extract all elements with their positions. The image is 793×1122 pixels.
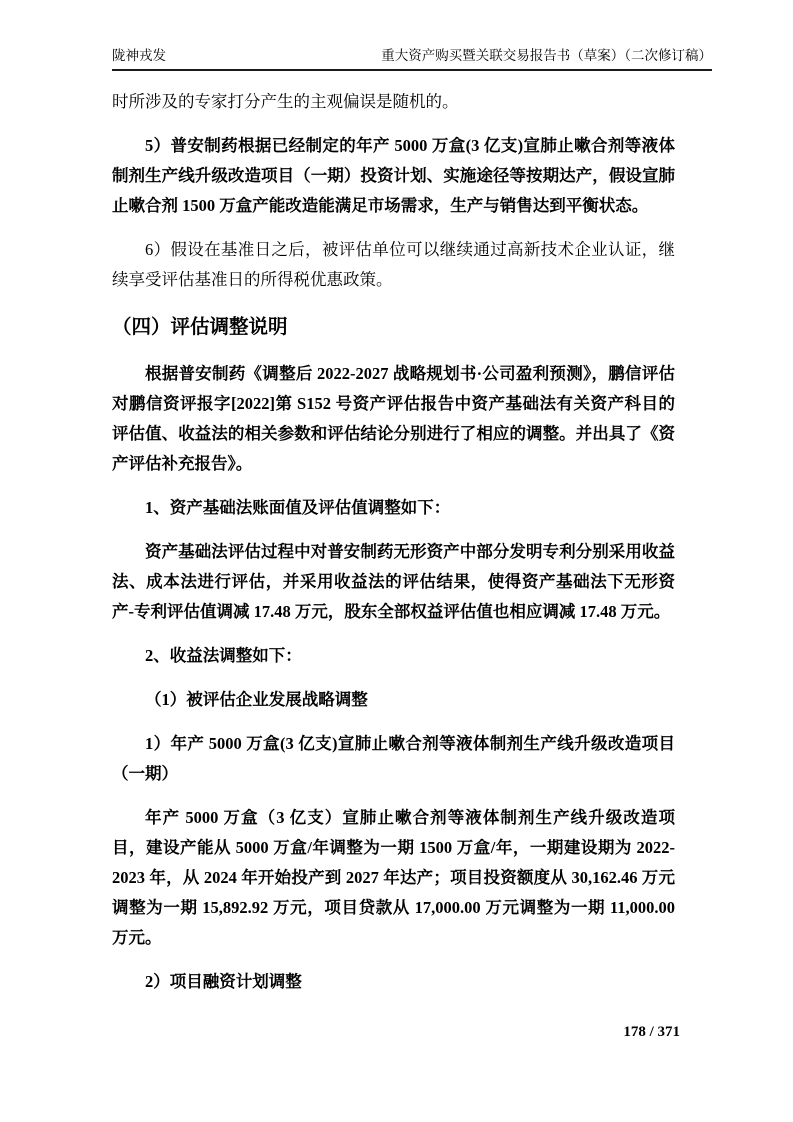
- heading-project-item: 1）年产 5000 万盒(3 亿支)宣肺止嗽合剂等液体制剂生产线升级改造项目（一…: [112, 729, 675, 789]
- header-company-name: 陇神戎发: [112, 46, 166, 66]
- document-page: 陇神戎发 重大资产购买暨关联交易报告书（草案）（二次修订稿） 时所涉及的专家打分…: [0, 0, 793, 1122]
- paragraph-assumption-6: 6）假设在基准日之后，被评估单位可以继续通过高新技术企业认证，继续享受评估基准日…: [112, 235, 675, 295]
- paragraph-continuation: 时所涉及的专家打分产生的主观偏误是随机的。: [112, 87, 675, 117]
- heading-financing-plan: 2）项目融资计划调整: [112, 967, 675, 997]
- heading-income-method: 2、收益法调整如下：: [112, 641, 675, 671]
- heading-strategy-adjustment: （1）被评估企业发展战略调整: [112, 685, 675, 715]
- paragraph-adjustment-intro: 根据普安制药《调整后 2022-2027 战略规划书·公司盈利预测》，鹏信评估对…: [112, 359, 675, 479]
- section-heading-evaluation-adjustment: （四）评估调整说明: [112, 311, 675, 345]
- header-report-title: 重大资产购买暨关联交易报告书（草案）（二次修订稿）: [381, 46, 712, 66]
- paragraph-project-detail: 年产 5000 万盒（3 亿支）宣肺止嗽合剂等液体制剂生产线升级改造项目，建设产…: [112, 803, 675, 953]
- document-body: 时所涉及的专家打分产生的主观偏误是随机的。 5）普安制药根据已经制定的年产 50…: [112, 87, 675, 1011]
- page-number: 178 / 371: [623, 1022, 680, 1042]
- paragraph-asset-method-detail: 资产基础法评估过程中对普安制药无形资产中部分发明专利分别采用收益法、成本法进行评…: [112, 537, 675, 627]
- page-header: 陇神戎发 重大资产购买暨关联交易报告书（草案）（二次修订稿）: [112, 46, 712, 71]
- heading-asset-basis-method: 1、资产基础法账面值及评估值调整如下：: [112, 493, 675, 523]
- paragraph-assumption-5: 5）普安制药根据已经制定的年产 5000 万盒(3 亿支)宣肺止嗽合剂等液体制剂…: [112, 131, 675, 221]
